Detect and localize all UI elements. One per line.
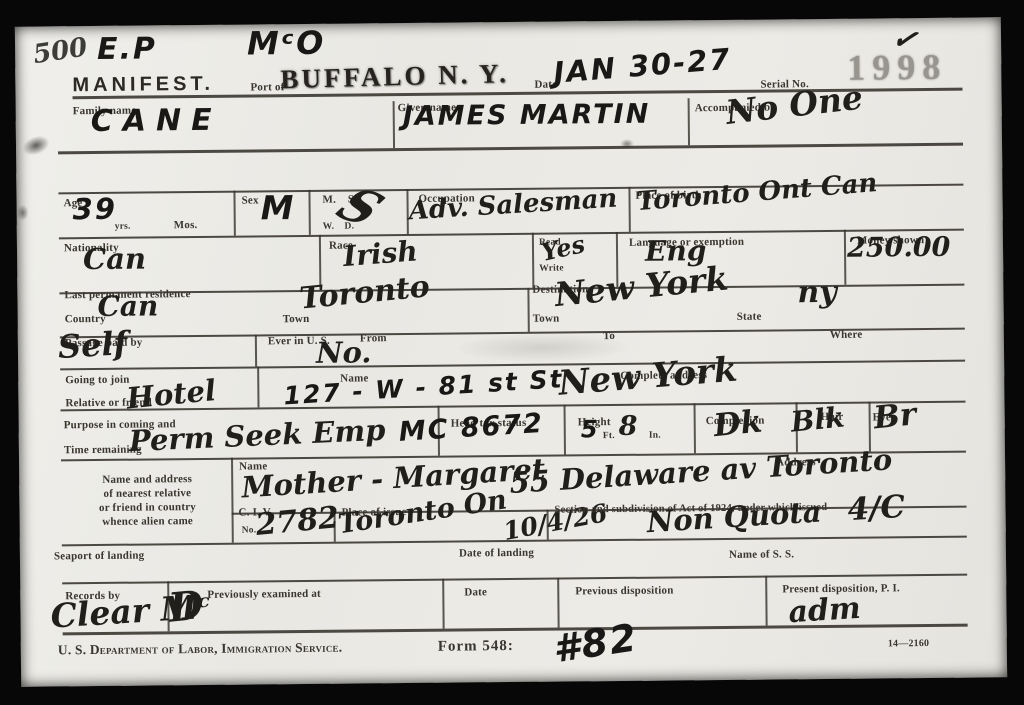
head-tax-value: MC 8672 [398,408,545,448]
town-value: Toronto [298,269,431,316]
eyes-value: Br [872,396,918,436]
manifest-card: MANIFEST. Port of BUFFALO N. Y. Date JAN… [15,17,1007,686]
divider [628,187,630,232]
relative-label-2: of nearest relative [63,487,231,501]
section-code-value: 4/C [846,489,906,528]
where-label: Where [830,329,863,341]
given-name-value: JAMES MARTIN [403,99,651,132]
country-value: Can [97,289,158,323]
civ-value: 2782 [254,500,340,543]
pencil-number: 500 [31,32,89,70]
race-value: Irish [342,234,419,273]
sex-label: Sex [241,194,258,206]
divider [442,579,444,629]
seaport-label: Seaport of landing [54,550,145,563]
scanned-manifest-page: MANIFEST. Port of BUFFALO N. Y. Date JAN… [0,0,1024,705]
hair-value: Blk [789,401,846,439]
birthplace-value: Toronto Ont Can [636,168,879,217]
yrs-label: yrs. [115,222,131,232]
divider [257,366,259,407]
complexion-value: Dk [712,404,764,445]
date-of-landing-label: Date of landing [459,547,534,560]
divider [765,576,767,626]
department-line: U. S. Department of Labor, Immigration S… [58,640,343,659]
form-number-label: Form 548: [438,638,514,656]
divider [308,190,310,235]
destination-town-value: New York [553,258,730,314]
going-to-join-label: Going to join [65,374,129,387]
age-value: 39 [72,192,117,226]
civ-no-label: No. [242,525,257,535]
divider [694,403,696,453]
divider [231,458,234,543]
pencil-initials: E.P [97,31,157,67]
divider [233,191,235,236]
nationality-value: Can [83,241,146,276]
ink-smudge [20,132,53,159]
relative-label-1: Name and address [63,473,231,487]
money-value: 250.00 [847,232,951,264]
ft-label: Ft. [603,431,615,441]
state-label: State [737,311,762,323]
divider [255,334,257,366]
records-initial-value: D [166,582,205,632]
ink-smudge [620,139,634,149]
rule-name-row [58,143,963,155]
records-date-label: Date [464,586,487,598]
manifest-title: MANIFEST. [72,73,214,97]
height-ft-value: 5 [581,415,600,443]
from-label: From [360,332,387,344]
port-stamp: BUFFALO N. Y. [280,58,509,95]
date-value: JAN 30-27 [552,42,732,90]
pencil-code: MᶜO [247,24,326,63]
stamp-ghost [458,333,628,363]
section-value: Non Quota [646,494,823,539]
join-street-value: 127 - W - 81 st St [283,364,565,410]
sex-value: M [260,188,295,227]
in-label: In. [649,431,661,441]
relative-label-4: whence alien came [64,515,232,529]
height-in-value: 8 [619,411,638,442]
divider [527,288,529,332]
state-value: ny [797,275,837,310]
present-disposition-value: adm [787,591,861,630]
relative-address-value: 55 Delaware av Toronto [508,442,893,500]
name-of-ss-label: Name of S. S. [729,548,794,561]
accompanied-value: No One [724,78,865,132]
port-label: Port of [250,81,284,93]
destination-town-label: Town [533,313,560,325]
relative-label-3: or friend in country [63,501,231,515]
mos-label: Mos. [174,219,198,231]
family-name-value: CANE [91,103,222,139]
print-code: 14—2160 [888,638,930,649]
ink-smudge [17,205,29,221]
divider [557,578,559,628]
readwrite-value: Yes [538,229,587,267]
divider [393,101,395,148]
marital-status-mark: S [326,178,394,236]
divider [532,233,535,288]
passage-paid-value: Self [57,324,129,366]
hand-form-number: #82 [550,615,641,671]
divider [564,404,566,454]
previously-examined-label: Previously examined at [207,588,321,601]
divider [688,98,690,145]
previous-disposition-label: Previous disposition [575,584,673,597]
